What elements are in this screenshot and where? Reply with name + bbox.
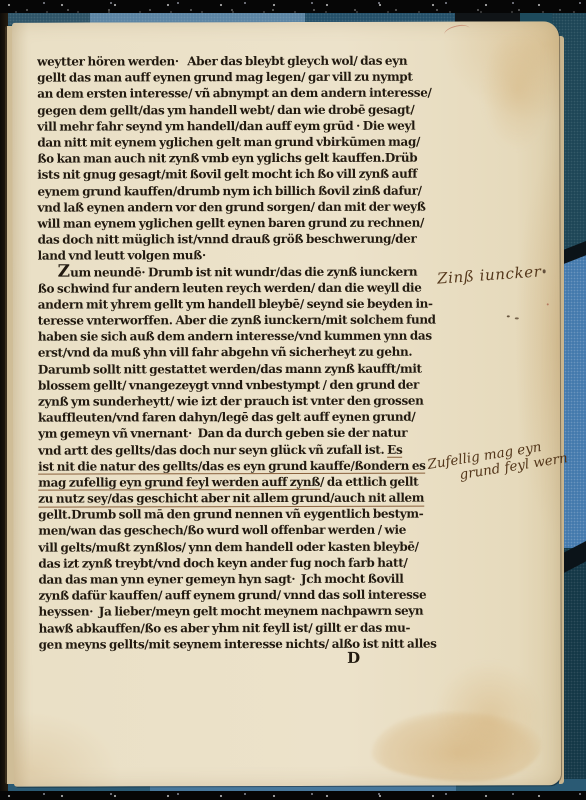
printed-line: gellt.Drumb soll mā den grund nennen vñ … (38, 506, 440, 523)
printed-line: hawß abkauffen/ßo es aber yhm nit feyll … (39, 619, 441, 636)
printed-line: an dem ersten interesse/ vñ abnympt an d… (37, 85, 439, 102)
printed-line: land vnd leutt volgen muß· (38, 247, 440, 264)
printed-line: weytter hören werden· Aber das bleybt gl… (37, 53, 439, 70)
printed-line: dan nitt mit eynem yglichen gelt man gru… (37, 134, 439, 151)
paper-stain-bottom-right-halo (434, 661, 544, 771)
book-scan: weytter hören werden· Aber das bleybt gl… (0, 0, 586, 800)
printed-line: teresse vnterworffen. Aber die zynß iunc… (38, 312, 440, 329)
printed-line: das doch nitt müglich ist/vnnd drauß grö… (38, 231, 440, 248)
ink-speck (543, 269, 546, 273)
printed-line: blossem gellt/ vnangezeygt vnnd vnbestym… (38, 376, 440, 393)
red-speck (547, 303, 549, 305)
printed-line: mag zufellig eyn grund feyl werden auff … (38, 473, 440, 490)
printed-line: heyssen· Ja lieber/meyn gelt mocht meyne… (39, 603, 441, 620)
printed-line: vill mehr fahr seynd ym handell/dan auff… (37, 117, 439, 134)
printed-line: ßo kan man auch nit zynß vmb eyn yglichs… (37, 150, 439, 167)
printed-line: Darumb sollt nitt gestattet werden/das m… (38, 360, 440, 377)
ink-speck (515, 317, 519, 319)
printed-line: ßo schwind fur andern leuten reych werde… (38, 279, 440, 296)
printed-line: men/wan das geschech/ßo wurd woll offenb… (38, 522, 440, 539)
printed-line: zu nutz sey/das geschicht aber nit allem… (38, 490, 440, 507)
printed-line: vnd artt des gellts/das doch nur seyn gl… (38, 441, 440, 458)
printed-line: erst/vnd da muß yhn vill fahr abgehn vñ … (38, 344, 440, 361)
scan-bottom-black-strip (0, 791, 586, 800)
ink-speck (507, 315, 510, 317)
printed-line: andern mit yhrem gellt ym handell bleybē… (38, 295, 440, 312)
signature-mark: D (314, 649, 394, 667)
printed-line: vill gelts/mußt zynßlos/ ynn dem handell… (38, 538, 440, 555)
printed-line: ym gemeyn vñ vnernant· Dan da durch gebe… (38, 425, 440, 442)
printed-line: haben sie sich auß dem andern interesse/… (38, 328, 440, 345)
printed-line: vnd laß eynen andern vor den grund sorge… (37, 198, 439, 215)
printed-line: das izt zynß treybt/vnd doch keyn ander … (38, 554, 440, 571)
red-ink-mark (443, 23, 471, 41)
printed-line: kauffleuten/vnd faren dahyn/legē das gel… (38, 409, 440, 426)
printed-line: eynem grund kauffen/drumb nym ich billic… (37, 182, 439, 199)
printed-text-block: weytter hören werden· Aber das bleybt gl… (37, 53, 441, 653)
scan-top-black-strip (0, 0, 586, 13)
printed-line: gegen dem gellt/das ym handell webt/ dan… (37, 101, 439, 118)
printed-line: gellt das man auff eynen grund mag legen… (37, 69, 439, 86)
paper-stain-bottom-right (372, 711, 542, 781)
printed-line: will man eynem yglichen gellt eynen bare… (38, 214, 440, 231)
printed-line: ist nit die natur des gellts/das es eyn … (38, 457, 440, 474)
printed-line: zynß dafür kauffen/ auff eynem grund/ vn… (38, 587, 440, 604)
printed-line: Zum neundē· Drumb ist nit wundr/das die … (38, 263, 440, 280)
paper-stain-top-right (482, 29, 552, 149)
book-page: weytter hören werden· Aber das bleybt gl… (12, 21, 561, 786)
printed-line: dan das man ynn eyner gemeyn hyn sagt· J… (38, 571, 440, 588)
printed-line: ists nit gnug gesagt/mit ßovil gelt moch… (37, 166, 439, 183)
printed-line: zynß ym sunderheytt/ wie izt der prauch … (38, 393, 440, 410)
